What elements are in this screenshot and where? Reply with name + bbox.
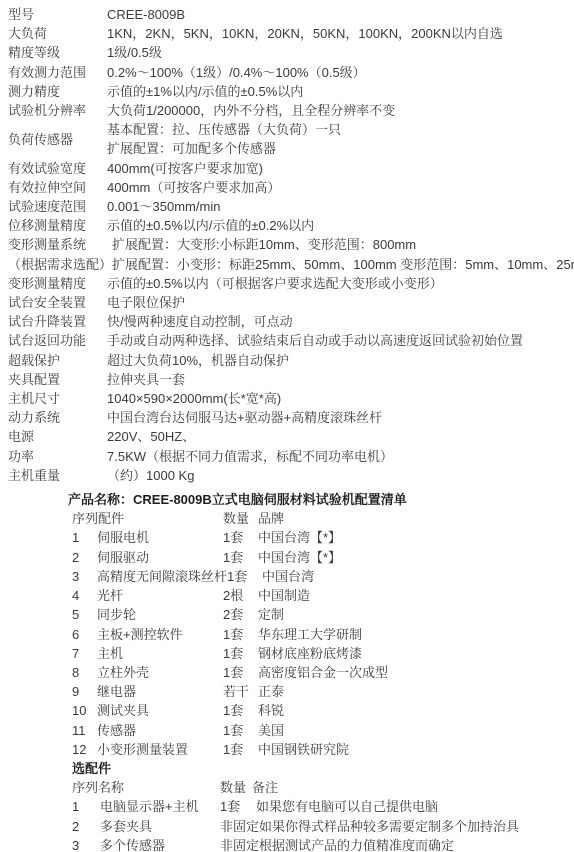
spec-label: 测力精度: [8, 82, 107, 101]
spec-value: 1040×590×2000mm(长*宽*高): [107, 389, 574, 408]
table-row: 8立柱外壳1套高密度铝合金一次成型: [0, 663, 574, 682]
spec-row: 试台返回功能手动或自动两种选择、试验结束后自动或手动以高速度返回试验初始位置: [0, 331, 574, 350]
spec-label-line: 主机尺寸: [8, 389, 107, 408]
item-name: 多套夹具: [100, 817, 220, 836]
spec-label-line: 精度等级: [8, 43, 107, 62]
item-quantity: 1套: [223, 740, 258, 759]
spec-label-line: 有效拉伸空间: [8, 178, 107, 197]
spec-value-line: （约）1000 Kg: [107, 466, 574, 485]
spec-label-line: 动力系统: [8, 408, 107, 427]
spec-label: 主机重量: [8, 466, 107, 485]
item-name: 测试夹具: [97, 701, 223, 720]
spec-value-line: 电子限位保护: [107, 293, 574, 312]
optional-table-header: 序列名称 数量 备注: [0, 778, 574, 797]
spec-label: 主机尺寸: [8, 389, 107, 408]
item-quantity: 1套: [223, 663, 258, 682]
spec-value-line: 扩展配置：小变形：标距25mm、50mm、100mm 变形范围：5mm、10mm…: [112, 255, 574, 274]
item-brand: 钢材底座粉底烤漆: [258, 644, 574, 663]
item-quantity: 1套: [227, 567, 262, 586]
item-brand: 正泰: [258, 682, 574, 701]
item-quantity: 1套: [223, 528, 258, 547]
item-quantity: 若干: [223, 682, 258, 701]
row-number: 10: [72, 701, 97, 720]
spec-value: 400mm（可按客户要求加高）: [107, 178, 574, 197]
spec-label-line: （根据需求选配）: [8, 255, 112, 274]
spec-label-line: 有效测力范围: [8, 63, 107, 82]
row-number: 3: [72, 567, 97, 586]
table-row: 3高精度无间隙滚珠丝杆1套中国台湾: [0, 567, 574, 586]
item-name: 高精度无间隙滚珠丝杆: [97, 567, 227, 586]
optional-header-qty: 数量: [220, 778, 252, 797]
spec-value: CREE-8009B: [107, 5, 574, 24]
spec-row: 有效测力范围0.2%～100%（1级）/0.4%～100%（0.5级）: [0, 63, 574, 82]
spec-label-line: 电源: [8, 427, 107, 446]
spec-row: 主机重量（约）1000 Kg: [0, 466, 574, 485]
spec-value: 1KN，2KN，5KN，10KN，20KN，50KN，100KN，200KN以内…: [107, 24, 574, 43]
item-note: 如果你得式样品种较多需要定制多个加持治具: [259, 817, 574, 836]
spec-row: 测力精度示值的±1%以内/示值的±0.5%以内: [0, 82, 574, 101]
spec-value: 手动或自动两种选择、试验结束后自动或手动以高速度返回试验初始位置: [107, 331, 574, 350]
spec-label: 有效试验宽度: [8, 159, 107, 178]
spec-value: 示值的±0.5%以内（可根据客户要求选配大变形或小变形）: [107, 274, 574, 293]
spec-value: 扩展配置：大变形:小标距10mm、变形范围：800mm扩展配置：小变形：标距25…: [112, 235, 574, 273]
spec-value: 7.5KW（根据不同力值需求，标配不同功率电机）: [107, 447, 574, 466]
spec-table: 型号CREE-8009B大负荷1KN，2KN，5KN，10KN，20KN，50K…: [0, 0, 574, 485]
spec-label: 试验机分辨率: [8, 101, 107, 120]
spec-value-line: 1040×590×2000mm(长*宽*高): [107, 389, 574, 408]
spec-value: 0.001～350mm/min: [107, 197, 574, 216]
spec-label: 有效拉伸空间: [8, 178, 107, 197]
item-brand: 中国台湾: [262, 567, 574, 586]
spec-row: 位移测量精度示值的±0.5%以内/示值的±0.2%以内: [0, 216, 574, 235]
spec-row: 主机尺寸1040×590×2000mm(长*宽*高): [0, 389, 574, 408]
spec-value-line: 扩展配置：可加配多个传感器: [107, 139, 574, 158]
spec-row: 功率7.5KW（根据不同力值需求，标配不同功率电机）: [0, 447, 574, 466]
spec-label-line: 夹具配置: [8, 370, 107, 389]
spec-label-line: 试验速度范围: [8, 197, 107, 216]
item-quantity: 1套: [223, 548, 258, 567]
table-row: 2伺服驱动1套中国台湾【*】: [0, 548, 574, 567]
item-name: 光杆: [97, 586, 223, 605]
table-row: 4光杆2根中国制造: [0, 586, 574, 605]
item-name: 伺服驱动: [97, 548, 223, 567]
item-quantity: 1套: [223, 701, 258, 720]
spec-value: 基本配置：拉、压传感器（大负荷）一只扩展配置：可加配多个传感器: [107, 120, 574, 158]
optional-header-item: 序列名称: [72, 778, 220, 797]
spec-row: 变形测量系统（根据需求选配）扩展配置：大变形:小标距10mm、变形范围：800m…: [0, 235, 574, 273]
item-name: 立柱外壳: [97, 663, 223, 682]
spec-value-line: 1KN，2KN，5KN，10KN，20KN，50KN，100KN，200KN以内…: [107, 24, 574, 43]
spec-value: 快/慢两种速度自动控制，可点动: [107, 312, 574, 331]
optional-table-rows: 1电脑显示器+主机1套如果您有电脑可以自己提供电脑2多套夹具非固定如果你得式样品…: [0, 797, 574, 852]
row-number: 9: [72, 682, 97, 701]
spec-value-line: 0.001～350mm/min: [107, 197, 574, 216]
spec-row: 试台升降装置快/慢两种速度自动控制，可点动: [0, 312, 574, 331]
spec-value-line: 7.5KW（根据不同力值需求，标配不同功率电机）: [107, 447, 574, 466]
spec-value-line: 示值的±0.5%以内（可根据客户要求选配大变形或小变形）: [107, 274, 574, 293]
spec-row: 有效拉伸空间400mm（可按客户要求加高）: [0, 178, 574, 197]
spec-label-line: 主机重量: [8, 466, 107, 485]
optional-table: 序列名称 数量 备注 1电脑显示器+主机1套如果您有电脑可以自己提供电脑2多套夹…: [0, 778, 574, 852]
spec-value: （约）1000 Kg: [107, 466, 574, 485]
table-row: 12小变形测量装置1套中国钢铁研究院: [0, 740, 574, 759]
spec-value-line: 拉伸夹具一套: [107, 370, 574, 389]
spec-row: 电源220V、50HZ、: [0, 427, 574, 446]
item-name: 电脑显示器+主机: [100, 797, 220, 816]
item-brand: 高密度铝合金一次成型: [258, 663, 574, 682]
spec-row: 试验机分辨率大负荷1/200000，内外不分档，且全程分辨率不变: [0, 101, 574, 120]
spec-label: 电源: [8, 427, 107, 446]
spec-label: 大负荷: [8, 24, 107, 43]
item-quantity: 1套: [223, 721, 258, 740]
item-note: 如果您有电脑可以自己提供电脑: [256, 797, 574, 816]
row-number: 1: [72, 528, 97, 547]
spec-row: 夹具配置拉伸夹具一套: [0, 370, 574, 389]
spec-label-line: 有效试验宽度: [8, 159, 107, 178]
item-name: 多个传感器: [100, 836, 220, 852]
item-brand: 科锐: [258, 701, 574, 720]
spec-label-line: 试台返回功能: [8, 331, 107, 350]
spec-value-line: 400mm（可按客户要求加高）: [107, 178, 574, 197]
item-quantity: 2套: [223, 605, 258, 624]
config-table-header: 序列配件 数量 品牌: [0, 509, 574, 528]
spec-label: 试台安全装置: [8, 293, 107, 312]
item-brand: 定制: [258, 605, 574, 624]
row-number: 6: [72, 625, 97, 644]
item-brand: 美国: [258, 721, 574, 740]
item-note: 根据测试产品的力值精准度而确定: [259, 836, 574, 852]
table-row: 9继电器若干正泰: [0, 682, 574, 701]
table-row: 5同步轮2套定制: [0, 605, 574, 624]
spec-label: 超载保护: [8, 351, 107, 370]
item-quantity: 非固定: [220, 817, 259, 836]
item-quantity: 1套: [220, 797, 256, 816]
table-row: 6主板+测控软件1套华东理工大学研制: [0, 625, 574, 644]
spec-label: 负荷传感器: [8, 130, 107, 149]
row-number: 5: [72, 605, 97, 624]
spec-label-line: 型号: [8, 5, 107, 24]
spec-value-line: 1级/0.5级: [107, 43, 574, 62]
spec-value: 示值的±1%以内/示值的±0.5%以内: [107, 82, 574, 101]
spec-value: 电子限位保护: [107, 293, 574, 312]
spec-label: 型号: [8, 5, 107, 24]
spec-label: 动力系统: [8, 408, 107, 427]
spec-label: 试台升降装置: [8, 312, 107, 331]
spec-label-line: 负荷传感器: [8, 130, 107, 149]
spec-value-line: 快/慢两种速度自动控制，可点动: [107, 312, 574, 331]
spec-value-line: 220V、50HZ、: [107, 427, 574, 446]
item-brand: 中国台湾【*】: [258, 528, 574, 547]
spec-label-line: 变形测量系统: [8, 235, 112, 254]
spec-row: 有效试验宽度400mm(可按客户要求加宽): [0, 159, 574, 178]
spec-label: 变形测量系统（根据需求选配）: [8, 235, 112, 273]
config-header-qty: 数量: [223, 509, 258, 528]
spec-value: 400mm(可按客户要求加宽): [107, 159, 574, 178]
product-title: 产品名称：CREE-8009B立式电脑伺服材料试验机配置清单: [68, 490, 574, 509]
spec-label-line: 功率: [8, 447, 107, 466]
row-number: 2: [72, 817, 100, 836]
item-name: 主机: [97, 644, 223, 663]
spec-row: 超载保护超过大负荷10%，机器自动保护: [0, 351, 574, 370]
row-number: 4: [72, 586, 97, 605]
row-number: 2: [72, 548, 97, 567]
spec-value: 0.2%～100%（1级）/0.4%～100%（0.5级）: [107, 63, 574, 82]
spec-row: 试验速度范围0.001～350mm/min: [0, 197, 574, 216]
item-name: 主板+测控软件: [97, 625, 223, 644]
table-row: 3多个传感器非固定根据测试产品的力值精准度而确定: [0, 836, 574, 852]
item-brand: 中国钢铁研究院: [258, 740, 574, 759]
spec-label-line: 试验机分辨率: [8, 101, 107, 120]
spec-label-line: 超载保护: [8, 351, 107, 370]
spec-label: 功率: [8, 447, 107, 466]
item-name: 同步轮: [97, 605, 223, 624]
item-name: 伺服电机: [97, 528, 223, 547]
spec-value-line: 手动或自动两种选择、试验结束后自动或手动以高速度返回试验初始位置: [107, 331, 574, 350]
spec-label: 试台返回功能: [8, 331, 107, 350]
spec-row: 动力系统中国台湾台达伺服马达+驱动器+高精度滚珠丝杆: [0, 408, 574, 427]
spec-label: 位移测量精度: [8, 216, 107, 235]
spec-value: 超过大负荷10%，机器自动保护: [107, 351, 574, 370]
row-number: 12: [72, 740, 97, 759]
spec-label-line: 试台安全装置: [8, 293, 107, 312]
spec-value-line: 400mm(可按客户要求加宽): [107, 159, 574, 178]
spec-row: 试台安全装置电子限位保护: [0, 293, 574, 312]
spec-label: 变形测量精度: [8, 274, 107, 293]
spec-value-line: 示值的±0.5%以内/示值的±0.2%以内: [107, 216, 574, 235]
item-name: 继电器: [97, 682, 223, 701]
spec-value-line: 0.2%～100%（1级）/0.4%～100%（0.5级）: [107, 63, 574, 82]
table-row: 11传感器1套美国: [0, 721, 574, 740]
spec-value-line: CREE-8009B: [107, 5, 574, 24]
table-row: 10测试夹具1套科锐: [0, 701, 574, 720]
row-number: 11: [72, 721, 97, 740]
spec-label-line: 大负荷: [8, 24, 107, 43]
config-table-rows: 1伺服电机1套中国台湾【*】2伺服驱动1套中国台湾【*】3高精度无间隙滚珠丝杆1…: [0, 528, 574, 758]
spec-label-line: 测力精度: [8, 82, 107, 101]
spec-value-line: 基本配置：拉、压传感器（大负荷）一只: [107, 120, 574, 139]
spec-row: 负荷传感器基本配置：拉、压传感器（大负荷）一只扩展配置：可加配多个传感器: [0, 120, 574, 158]
spec-value: 拉伸夹具一套: [107, 370, 574, 389]
spec-row: 大负荷1KN，2KN，5KN，10KN，20KN，50KN，100KN，200K…: [0, 24, 574, 43]
optional-title: 选配件: [0, 759, 574, 778]
spec-value: 中国台湾台达伺服马达+驱动器+高精度滚珠丝杆: [107, 408, 574, 427]
row-number: 3: [72, 836, 100, 852]
config-header-brand: 品牌: [258, 509, 574, 528]
spec-value-line: 大负荷1/200000，内外不分档，且全程分辨率不变: [107, 101, 574, 120]
spec-label: 精度等级: [8, 43, 107, 62]
spec-row: 精度等级1级/0.5级: [0, 43, 574, 62]
spec-value-line: 中国台湾台达伺服马达+驱动器+高精度滚珠丝杆: [107, 408, 574, 427]
spec-value: 220V、50HZ、: [107, 427, 574, 446]
spec-sheet: 型号CREE-8009B大负荷1KN，2KN，5KN，10KN，20KN，50K…: [0, 0, 574, 852]
item-brand: 中国台湾【*】: [258, 548, 574, 567]
row-number: 8: [72, 663, 97, 682]
item-quantity: 1套: [223, 625, 258, 644]
item-quantity: 1套: [223, 644, 258, 663]
item-name: 传感器: [97, 721, 223, 740]
row-number: 7: [72, 644, 97, 663]
table-row: 7主机1套钢材底座粉底烤漆: [0, 644, 574, 663]
spec-row: 变形测量精度示值的±0.5%以内（可根据客户要求选配大变形或小变形）: [0, 274, 574, 293]
item-brand: 中国制造: [258, 586, 574, 605]
table-row: 1伺服电机1套中国台湾【*】: [0, 528, 574, 547]
spec-label: 夹具配置: [8, 370, 107, 389]
spec-label-line: 试台升降装置: [8, 312, 107, 331]
spec-label: 有效测力范围: [8, 63, 107, 82]
config-table: 序列配件 数量 品牌 1伺服电机1套中国台湾【*】2伺服驱动1套中国台湾【*】3…: [0, 509, 574, 759]
item-quantity: 非固定: [220, 836, 259, 852]
spec-label-line: 位移测量精度: [8, 216, 107, 235]
spec-value: 示值的±0.5%以内/示值的±0.2%以内: [107, 216, 574, 235]
spec-value-line: 超过大负荷10%，机器自动保护: [107, 351, 574, 370]
spec-value: 1级/0.5级: [107, 43, 574, 62]
item-brand: 华东理工大学研制: [258, 625, 574, 644]
row-number: 1: [72, 797, 100, 816]
config-header-item: 序列配件: [72, 509, 223, 528]
item-name: 小变形测量装置: [97, 740, 223, 759]
spec-label: 试验速度范围: [8, 197, 107, 216]
spec-value-line: 示值的±1%以内/示值的±0.5%以内: [107, 82, 574, 101]
spec-value-line: 扩展配置：大变形:小标距10mm、变形范围：800mm: [112, 235, 574, 254]
spec-row: 型号CREE-8009B: [0, 5, 574, 24]
spec-value: 大负荷1/200000，内外不分档，且全程分辨率不变: [107, 101, 574, 120]
table-row: 1电脑显示器+主机1套如果您有电脑可以自己提供电脑: [0, 797, 574, 816]
table-row: 2多套夹具非固定如果你得式样品种较多需要定制多个加持治具: [0, 817, 574, 836]
spec-label-line: 变形测量精度: [8, 274, 107, 293]
item-quantity: 2根: [223, 586, 258, 605]
optional-header-note: 备注: [252, 778, 574, 797]
